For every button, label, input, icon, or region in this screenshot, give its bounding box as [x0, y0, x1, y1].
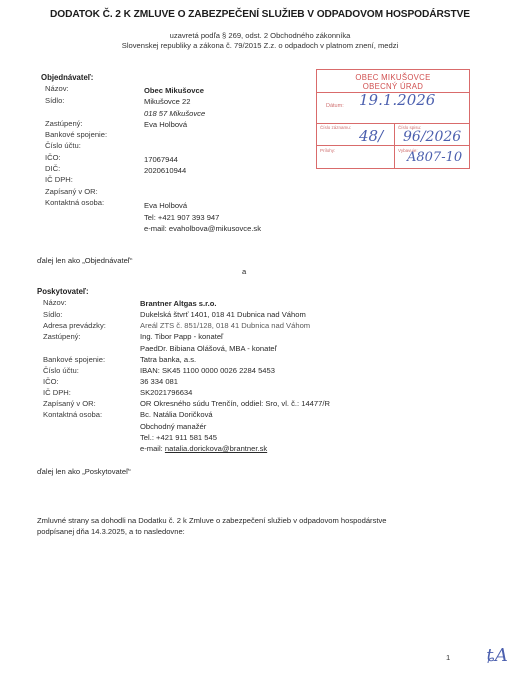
label-zastupeny: Zastúpený:: [45, 119, 83, 128]
label-zastupeny: Zastúpený:: [43, 332, 81, 341]
label-ic-dph: IČ DPH:: [45, 175, 73, 184]
initials-signature: ȶA: [486, 645, 508, 666]
stamp-header: OBEC MIKUŠOVCE OBECNÝ ÚRAD: [317, 73, 469, 91]
page-number: 1: [446, 653, 450, 662]
stamp-divider: [394, 123, 395, 169]
value-cislo-uctu: IBAN: SK45 1100 0000 0026 2284 5453: [140, 366, 275, 375]
label-cislo-uctu: Číslo účtu:: [43, 366, 79, 375]
document-subtitle-line1: uzavretá podľa § 269, odst. 2 Obchodného…: [0, 31, 520, 40]
label-ic-dph: IČ DPH:: [43, 388, 71, 397]
stamp-header-line2: OBECNÝ ÚRAD: [317, 82, 469, 91]
value-sidlo-line1: Mikušovce 22: [144, 97, 190, 106]
value-kontakt-email: e-mail: natalia.dorickova@brantner.sk: [140, 444, 267, 453]
value-zastupeny-line2: PaedDr. Bibiana Olášová, MBA - konateľ: [140, 344, 277, 353]
value-bankove-spojenie: Tatra banka, a.s.: [140, 355, 196, 364]
stamp-cislo-zaznamu-value: 48/: [359, 127, 383, 145]
conjunction-a: a: [242, 267, 246, 276]
label-nazov: Názov:: [45, 84, 69, 93]
label-nazov: Názov:: [43, 298, 67, 307]
stamp-divider: [317, 123, 469, 124]
stamp-divider: [317, 145, 469, 146]
objednavatel-heading: Objednávateľ:: [41, 73, 93, 82]
value-dic: 2020610944: [144, 166, 186, 175]
value-kontakt-meno: Bc. Natália Doričková: [140, 410, 213, 419]
registry-stamp: OBEC MIKUŠOVCE OBECNÝ ÚRAD Dátum: 19.1.2…: [316, 69, 470, 169]
value-kontakt-email: e-mail: evaholbova@mikusovce.sk: [144, 224, 261, 233]
value-adresa-prevadzky: Areál ZTS č. 851/128, 018 41 Dubnica nad…: [140, 321, 310, 330]
label-zapisany: Zapísaný v OR:: [43, 399, 96, 408]
stamp-datum-label: Dátum:: [326, 103, 344, 109]
email-link[interactable]: natalia.dorickova@brantner.sk: [165, 444, 267, 453]
poskytovatel-alias: ďalej len ako „Poskytovateľ“: [37, 467, 131, 476]
value-sidlo-line2: 018 57 Mikušovce: [144, 109, 205, 118]
label-sidlo: Sídlo:: [45, 96, 64, 105]
email-prefix: e-mail:: [140, 444, 165, 453]
stamp-vybavuje-value: A807-10: [407, 150, 462, 165]
poskytovatel-heading: Poskytovateľ:: [37, 287, 89, 296]
value-kontakt-meno: Eva Holbová: [144, 201, 187, 210]
stamp-datum-value: 19.1.2026: [359, 91, 435, 109]
intro-line2: podpísanej dňa 14.3.2025, a to nasledovn…: [37, 527, 185, 536]
value-kontakt-tel: Tel.: +421 911 581 545: [140, 433, 217, 442]
label-kontaktna-osoba: Kontaktná osoba:: [45, 198, 104, 207]
intro-line1: Zmluvné strany sa dohodli na Dodatku č. …: [37, 516, 387, 525]
label-kontaktna-osoba: Kontaktná osoba:: [43, 410, 102, 419]
value-ico: 17067944: [144, 155, 178, 164]
label-bankove-spojenie: Bankové spojenie:: [45, 130, 107, 139]
stamp-prilohy-label: Prílohy:: [320, 148, 335, 153]
label-ico: IČO:: [45, 153, 61, 162]
label-adresa-prevadzky: Adresa prevádzky:: [43, 321, 106, 330]
value-nazov: Obec Mikušovce: [144, 86, 204, 95]
label-dic: DIČ:: [45, 164, 60, 173]
document-title: DODATOK Č. 2 K ZMLUVE O ZABEZPEČENÍ SLUŽ…: [0, 9, 520, 20]
value-zastupeny-line1: Ing. Tibor Papp - konateľ: [140, 332, 223, 341]
value-ico: 36 334 081: [140, 377, 178, 386]
stamp-cislo-spisu-value: 96/2026: [403, 129, 461, 145]
objednavatel-alias: ďalej len ako „Objednávateľ“: [37, 256, 133, 265]
value-zastupeny: Eva Holbová: [144, 120, 187, 129]
label-zapisany: Zapísaný v OR:: [45, 187, 98, 196]
value-nazov: Brantner Altgas s.r.o.: [140, 299, 217, 308]
label-ico: IČO:: [43, 377, 59, 386]
value-kontakt-tel: Tel: +421 907 393 947: [144, 213, 219, 222]
document-subtitle-line2: Slovenskej republiky a zákona č. 79/2015…: [0, 41, 520, 50]
stamp-header-line1: OBEC MIKUŠOVCE: [317, 73, 469, 82]
value-ic-dph: SK2021796634: [140, 388, 192, 397]
label-cislo-uctu: Číslo účtu:: [45, 141, 81, 150]
stamp-cislo-zaznamu-label: Číslo záznamu:: [320, 125, 351, 130]
value-kontakt-funkcia: Obchodný manažér: [140, 422, 206, 431]
label-sidlo: Sídlo:: [43, 310, 62, 319]
label-bankove-spojenie: Bankové spojenie:: [43, 355, 105, 364]
value-zapisany: OR Okresného súdu Trenčín, oddiel: Sro, …: [140, 399, 330, 408]
value-sidlo: Dukelská štvrť 1401, 018 41 Dubnica nad …: [140, 310, 306, 319]
